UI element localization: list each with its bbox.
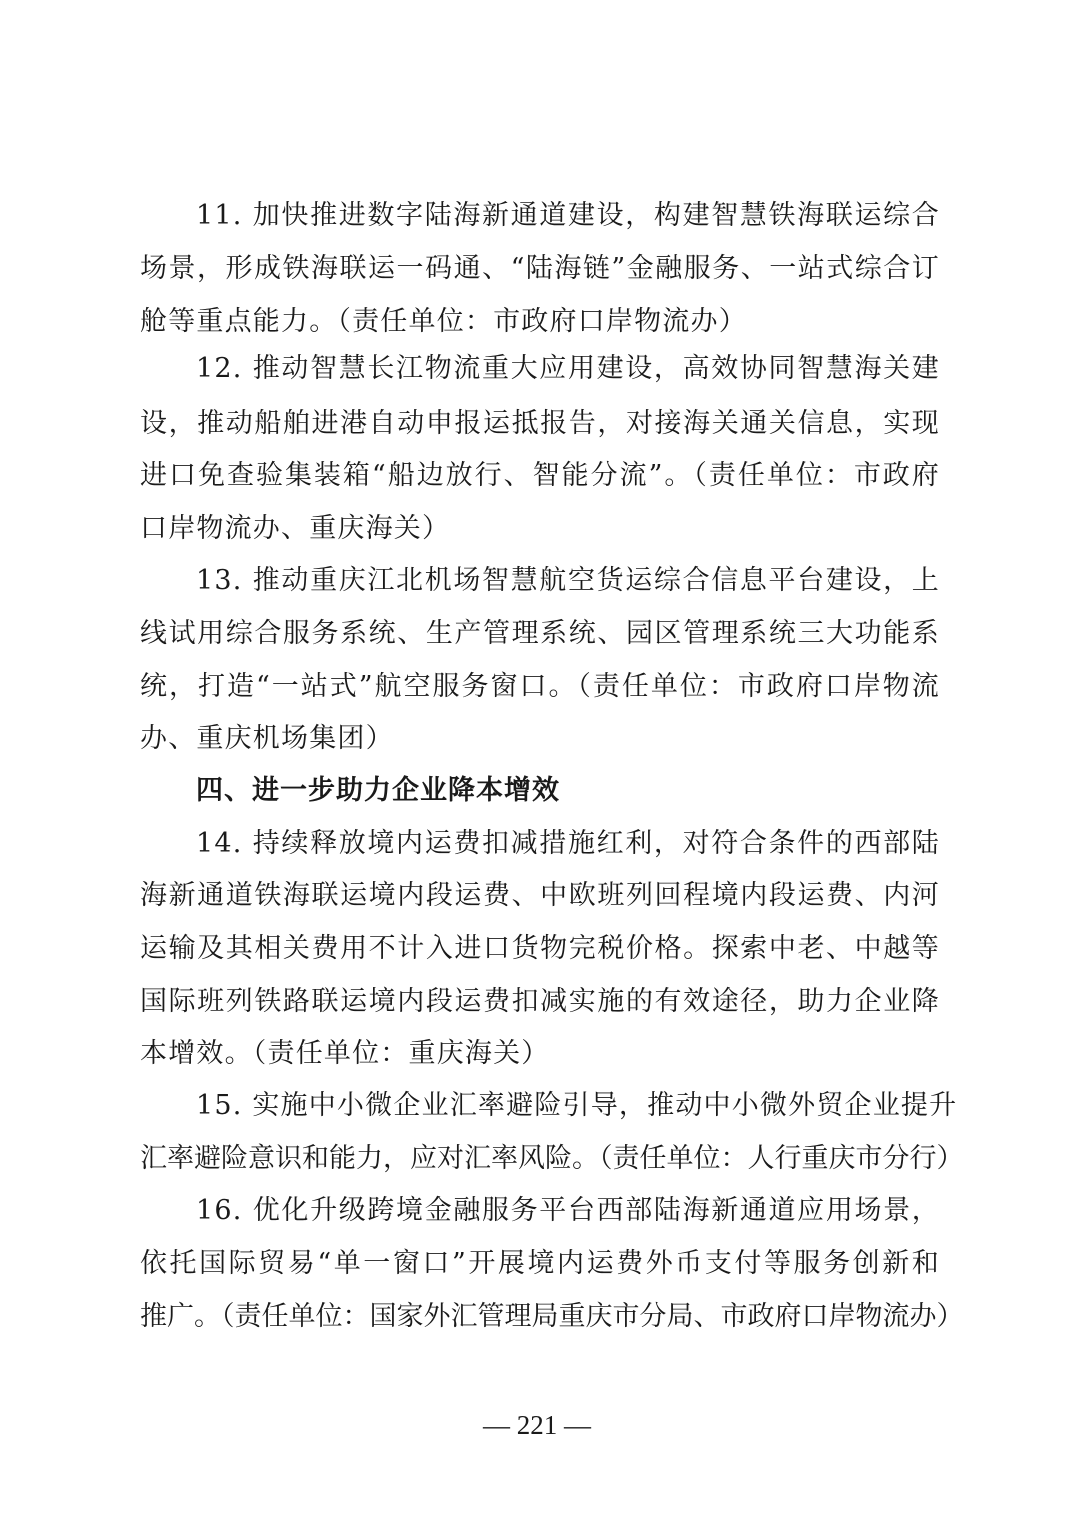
item-11-line-1: 11. 加快推进数字陆海新通道建设，构建智慧铁海联运综合	[196, 199, 940, 233]
item-11-line-2: 场景，形成铁海联运一码通、“陆海链”金融服务、一站式综合订	[140, 252, 940, 286]
item-16-line-1: 16. 优化升级跨境金融服务平台西部陆海新通道应用场景，	[196, 1194, 940, 1228]
item-16-line-2: 依托国际贸易“单一窗口”开展境内运费外币支付等服务创新和	[140, 1247, 940, 1281]
item-15-line-2: 汇率避险意识和能力，应对汇率风险。（责任单位：人行重庆市分行）	[140, 1142, 940, 1176]
page-number: — 221 —	[0, 1408, 1074, 1442]
item-15-line-1: 15. 实施中小微企业汇率避险引导，推动中小微外贸企业提升	[196, 1089, 940, 1123]
item-13-line-4: 办、重庆机场集团）	[140, 722, 940, 756]
item-14-line-4: 国际班列铁路联运境内段运费扣减实施的有效途径，助力企业降	[140, 985, 940, 1019]
item-12-line-1: 12. 推动智慧长江物流重大应用建设，高效协同智慧海关建	[196, 352, 940, 386]
item-14-line-2: 海新通道铁海联运境内段运费、中欧班列回程境内段运费、内河	[140, 879, 940, 913]
item-11-line-3: 舱等重点能力。（责任单位：市政府口岸物流办）	[140, 305, 940, 339]
item-13-line-3: 统，打造“一站式”航空服务窗口。（责任单位：市政府口岸物流	[140, 670, 940, 704]
item-14-line-3: 运输及其相关费用不计入进口货物完税价格。探索中老、中越等	[140, 932, 940, 966]
item-13-line-2: 线试用综合服务系统、生产管理系统、园区管理系统三大功能系	[140, 617, 940, 651]
item-14-line-5: 本增效。（责任单位：重庆海关）	[140, 1037, 940, 1071]
item-12-line-2: 设，推动船舶进港自动申报运抵报告，对接海关通关信息，实现	[140, 407, 940, 441]
item-12-line-4: 口岸物流办、重庆海关）	[140, 512, 940, 546]
item-13-line-1: 13. 推动重庆江北机场智慧航空货运综合信息平台建设，上	[196, 564, 940, 598]
item-12-line-3: 进口免查验集装箱“船边放行、智能分流”。（责任单位：市政府	[140, 459, 940, 493]
document-page: 11. 加快推进数字陆海新通道建设，构建智慧铁海联运综合 场景，形成铁海联运一码…	[0, 0, 1074, 1520]
item-16-line-3: 推广。（责任单位：国家外汇管理局重庆市分局、市政府口岸物流办）	[140, 1300, 940, 1334]
section-heading: 四、进一步助力企业降本增效	[196, 774, 940, 808]
item-14-line-1: 14. 持续释放境内运费扣减措施红利，对符合条件的西部陆	[196, 827, 940, 861]
